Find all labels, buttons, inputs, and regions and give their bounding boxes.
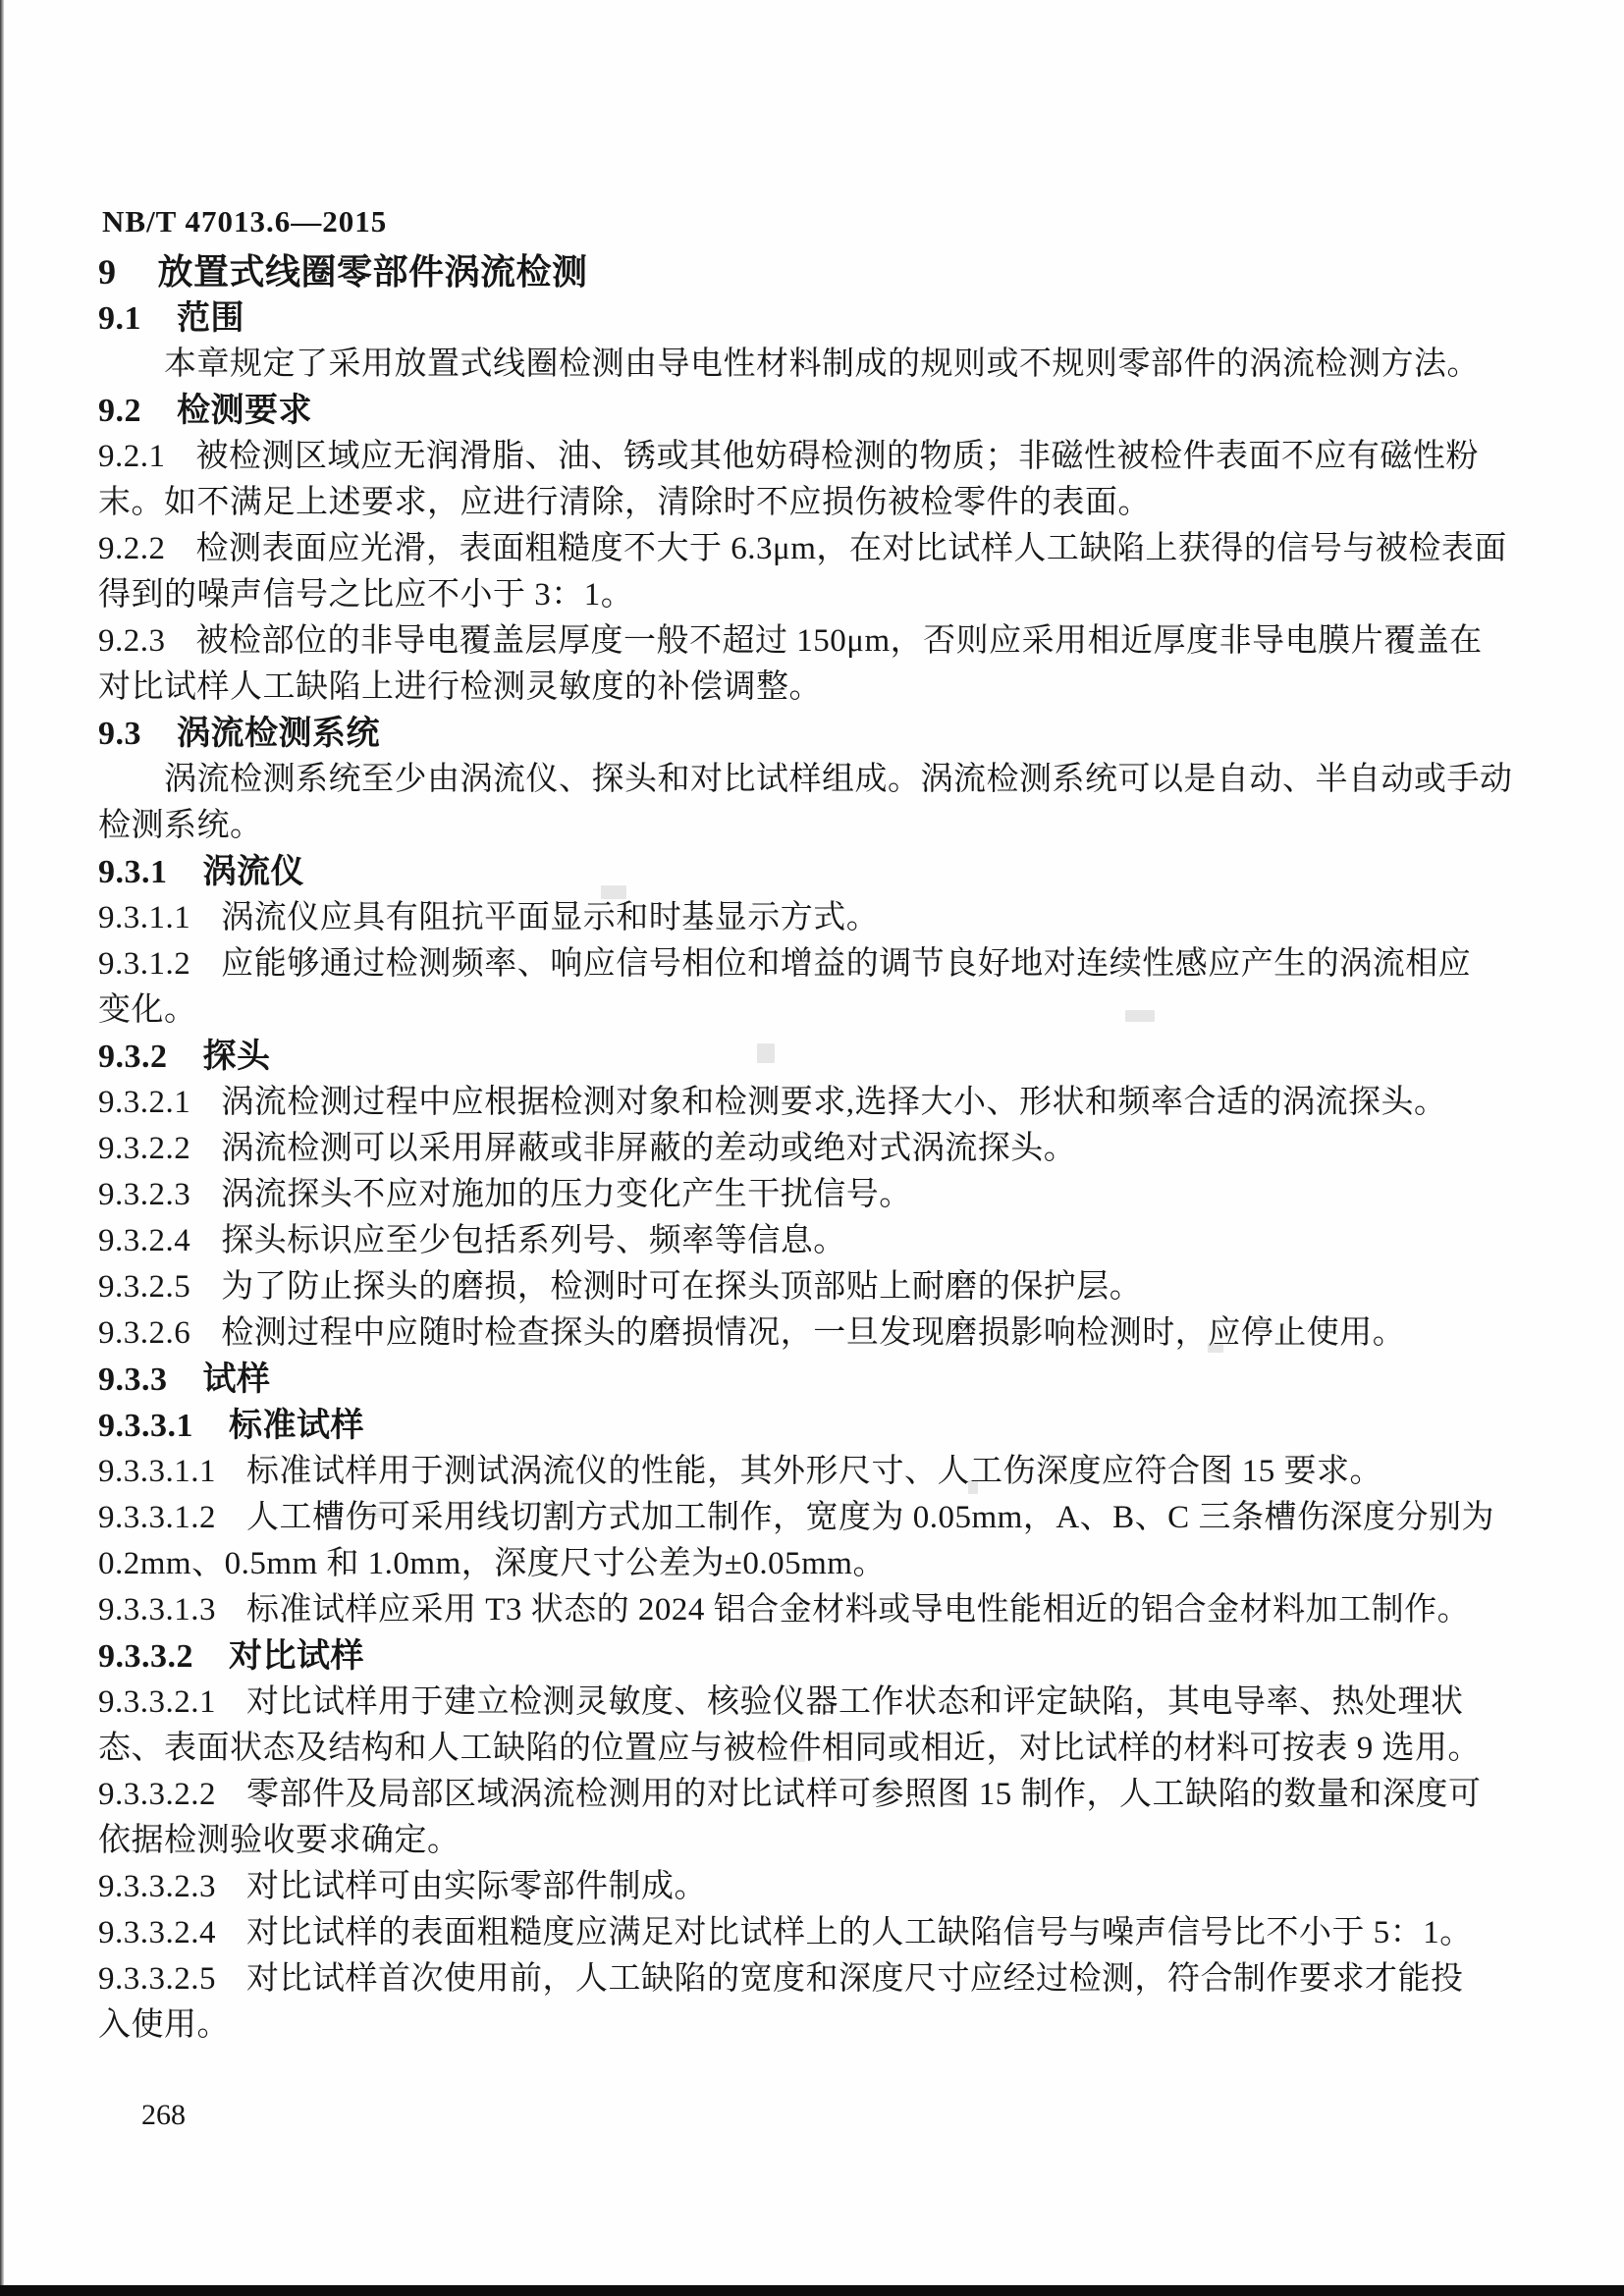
clause-number: 9.3.1.1: [98, 895, 190, 941]
text-line: 9.3.3.1.2人工槽伤可采用线切割方式加工制作，宽度为 0.05mm，A、B…: [98, 1495, 1542, 1541]
line-text: 标准试样: [229, 1408, 364, 1444]
line-text: 标准试样应采用 T3 状态的 2024 铝合金材料或导电性能相近的铝合金材料加工…: [246, 1592, 1470, 1628]
line-text: 涡流仪应具有阻抗平面显示和时基显示方式。: [221, 900, 879, 935]
text-line: 得到的噪声信号之比应不小于 3：1。: [98, 572, 1542, 618]
line-text: 范围: [177, 300, 244, 337]
clause-number: 9.3.1.2: [98, 941, 190, 988]
line-text: 零部件及局部区域涡流检测用的对比试样可参照图 15 制作，人工缺陷的数量和深度可: [246, 1777, 1482, 1812]
line-text: 对比试样: [229, 1638, 364, 1675]
clause-number: 9.3.3.2.5: [98, 1956, 216, 2002]
text-line: 态、表面状态及结构和人工缺陷的位置应与被检件相同或相近，对比试样的材料可按表 9…: [98, 1726, 1542, 1772]
text-line: 9.3.3.1.1标准试样用于测试涡流仪的性能，其外形尺寸、人工伤深度应符合图 …: [98, 1449, 1542, 1495]
text-line: 9.3.1.2应能够通过检测频率、响应信号相位和增益的调节良好地对连续性感应产生…: [98, 941, 1542, 988]
line-text: 态、表面状态及结构和人工缺陷的位置应与被检件相同或相近，对比试样的材料可按表 9…: [98, 1731, 1481, 1766]
line-text: 对比试样用于建立检测灵敏度、核验仪器工作状态和评定缺陷，其电导率、热处理状: [246, 1684, 1464, 1720]
line-text: 依据检测验收要求确定。: [98, 1823, 460, 1858]
document-content: 9放置式线圈零部件涡流检测9.1范围本章规定了采用放置式线圈检测由导电性材料制成…: [98, 249, 1542, 2049]
line-text: 放置式线圈零部件涡流检测: [158, 252, 588, 292]
line-text: 涡流探头不应对施加的压力变化产生干扰信号。: [221, 1177, 912, 1212]
clause-number: 9.2.1: [98, 434, 166, 480]
page-number: 268: [141, 2099, 186, 2132]
section-heading: 9.3.2探头: [98, 1034, 1542, 1080]
text-line: 检测系统。: [98, 803, 1542, 849]
line-text: 为了防止探头的磨损，检测时可在探头顶部贴上耐磨的保护层。: [221, 1269, 1142, 1305]
text-line: 9.2.2检测表面应光滑，表面粗糙度不大于 6.3μm，在对比试样人工缺陷上获得…: [98, 526, 1542, 572]
line-text: 涡流检测过程中应根据检测对象和检测要求,选择大小、形状和频率合适的涡流探头。: [221, 1085, 1446, 1120]
section-heading: 9.2检测要求: [98, 388, 1542, 434]
clause-number: 9.3.2.2: [98, 1126, 190, 1172]
clause-number: 9.2.2: [98, 526, 166, 572]
clause-number: 9.3.3.2: [98, 1633, 193, 1680]
clause-number: 9.3.3.1.2: [98, 1495, 216, 1541]
clause-number: 9.3.3.2.4: [98, 1910, 216, 1956]
document-page: NB/T 47013.6—2015 9放置式线圈零部件涡流检测9.1范围本章规定…: [0, 0, 1624, 2296]
text-line: 9.3.2.6检测过程中应随时检查探头的磨损情况，一旦发现磨损影响检测时，应停止…: [98, 1310, 1542, 1357]
line-text: 对比试样首次使用前，人工缺陷的宽度和深度尺寸应经过检测，符合制作要求才能投: [246, 1961, 1464, 1997]
text-line: 9.3.3.2.2零部件及局部区域涡流检测用的对比试样可参照图 15 制作，人工…: [98, 1772, 1542, 1818]
text-line: 9.3.2.4探头标识应至少包括系列号、频率等信息。: [98, 1218, 1542, 1264]
section-heading: 9.3涡流检测系统: [98, 711, 1542, 757]
clause-number: 9.3.3.1: [98, 1403, 193, 1449]
section-heading: 9.3.3.1标准试样: [98, 1403, 1542, 1449]
line-text: 检测表面应光滑，表面粗糙度不大于 6.3μm，在对比试样人工缺陷上获得的信号与被…: [196, 531, 1507, 566]
text-line: 9.2.1被检测区域应无润滑脂、油、锈或其他妨碍检测的物质；非磁性被检件表面不应…: [98, 434, 1542, 480]
line-text: 检测要求: [177, 393, 312, 429]
clause-number: 9.3.3.2.3: [98, 1864, 216, 1910]
line-text: 涡流检测系统至少由涡流仪、探头和对比试样组成。涡流检测系统可以是自动、半自动或手…: [164, 762, 1513, 797]
text-line: 对比试样人工缺陷上进行检测灵敏度的补偿调整。: [98, 665, 1542, 711]
line-text: 本章规定了采用放置式线圈检测由导电性材料制成的规则或不规则零部件的涡流检测方法。: [164, 347, 1480, 382]
section-heading: 9.3.3试样: [98, 1357, 1542, 1403]
line-text: 应能够通过检测频率、响应信号相位和增益的调节良好地对连续性感应产生的涡流相应: [221, 946, 1471, 982]
section-heading: 9.1范围: [98, 295, 1542, 342]
text-line: 9.3.3.2.1对比试样用于建立检测灵敏度、核验仪器工作状态和评定缺陷，其电导…: [98, 1680, 1542, 1726]
chapter-heading: 9放置式线圈零部件涡流检测: [98, 249, 1542, 295]
clause-number: 9.3.3.1.1: [98, 1449, 216, 1495]
line-text: 得到的噪声信号之比应不小于 3：1。: [98, 577, 633, 613]
clause-number: 9.1: [98, 295, 141, 342]
section-heading: 9.3.3.2对比试样: [98, 1633, 1542, 1680]
scan-edge-left: [0, 0, 4, 2296]
text-line: 9.3.2.5为了防止探头的磨损，检测时可在探头顶部贴上耐磨的保护层。: [98, 1264, 1542, 1310]
clause-number: 9.3: [98, 711, 141, 757]
line-text: 0.2mm、0.5mm 和 1.0mm，深度尺寸公差为±0.05mm。: [98, 1546, 886, 1581]
line-text: 末。如不满足上述要求，应进行清除，清除时不应损伤被检零件的表面。: [98, 485, 1151, 520]
line-text: 试样: [203, 1362, 271, 1398]
clause-number: 9.3.3: [98, 1357, 168, 1403]
line-text: 被检部位的非导电覆盖层厚度一般不超过 150μm，否则应采用相近厚度非导电膜片覆…: [196, 623, 1483, 659]
line-text: 对比试样的表面粗糙度应满足对比试样上的人工缺陷信号与噪声信号比不小于 5：1。: [246, 1915, 1473, 1950]
clause-number: 9.3.2.3: [98, 1172, 190, 1218]
line-text: 入使用。: [98, 2007, 230, 2043]
clause-number: 9: [98, 249, 117, 295]
line-text: 对比试样可由实际零部件制成。: [246, 1869, 707, 1904]
text-line: 9.2.3被检部位的非导电覆盖层厚度一般不超过 150μm，否则应采用相近厚度非…: [98, 618, 1542, 665]
section-heading: 9.3.1涡流仪: [98, 849, 1542, 895]
line-text: 对比试样人工缺陷上进行检测灵敏度的补偿调整。: [98, 669, 822, 705]
clause-number: 9.3.2: [98, 1034, 168, 1080]
clause-number: 9.3.1: [98, 849, 168, 895]
line-text: 标准试样用于测试涡流仪的性能，其外形尺寸、人工伤深度应符合图 15 要求。: [246, 1454, 1382, 1489]
text-line: 变化。: [98, 988, 1542, 1034]
clause-number: 9.3.3.2.2: [98, 1772, 216, 1818]
clause-number: 9.3.2.4: [98, 1218, 190, 1264]
scan-edge-bottom: [0, 2285, 1624, 2296]
text-line: 9.3.3.2.5对比试样首次使用前，人工缺陷的宽度和深度尺寸应经过检测，符合制…: [98, 1956, 1542, 2002]
text-line: 涡流检测系统至少由涡流仪、探头和对比试样组成。涡流检测系统可以是自动、半自动或手…: [98, 757, 1542, 803]
clause-number: 9.3.2.6: [98, 1310, 190, 1357]
text-line: 9.3.3.2.3对比试样可由实际零部件制成。: [98, 1864, 1542, 1910]
clause-number: 9.3.3.2.1: [98, 1680, 216, 1726]
text-line: 9.3.3.1.3标准试样应采用 T3 状态的 2024 铝合金材料或导电性能相…: [98, 1587, 1542, 1633]
line-text: 变化。: [98, 992, 197, 1028]
text-line: 9.3.2.3涡流探头不应对施加的压力变化产生干扰信号。: [98, 1172, 1542, 1218]
clause-number: 9.2: [98, 388, 141, 434]
text-line: 0.2mm、0.5mm 和 1.0mm，深度尺寸公差为±0.05mm。: [98, 1541, 1542, 1587]
line-text: 检测系统。: [98, 808, 263, 843]
line-text: 被检测区域应无润滑脂、油、锈或其他妨碍检测的物质；非磁性被检件表面不应有磁性粉: [196, 439, 1480, 474]
line-text: 探头标识应至少包括系列号、频率等信息。: [221, 1223, 846, 1258]
clause-number: 9.3.3.1.3: [98, 1587, 216, 1633]
text-line: 9.3.2.2涡流检测可以采用屏蔽或非屏蔽的差动或绝对式涡流探头。: [98, 1126, 1542, 1172]
line-text: 涡流检测系统: [177, 716, 380, 752]
line-text: 检测过程中应随时检查探头的磨损情况，一旦发现磨损影响检测时，应停止使用。: [221, 1315, 1405, 1351]
text-line: 本章规定了采用放置式线圈检测由导电性材料制成的规则或不规则零部件的涡流检测方法。: [98, 342, 1542, 388]
text-line: 末。如不满足上述要求，应进行清除，清除时不应损伤被检零件的表面。: [98, 480, 1542, 526]
line-text: 涡流仪: [203, 854, 305, 890]
clause-number: 9.2.3: [98, 618, 166, 665]
line-text: 涡流检测可以采用屏蔽或非屏蔽的差动或绝对式涡流探头。: [221, 1131, 1076, 1166]
clause-number: 9.3.2.5: [98, 1264, 190, 1310]
text-line: 9.3.3.2.4对比试样的表面粗糙度应满足对比试样上的人工缺陷信号与噪声信号比…: [98, 1910, 1542, 1956]
clause-number: 9.3.2.1: [98, 1080, 190, 1126]
text-line: 入使用。: [98, 2002, 1542, 2049]
standard-number: NB/T 47013.6—2015: [102, 204, 387, 240]
line-text: 探头: [203, 1039, 271, 1075]
line-text: 人工槽伤可采用线切割方式加工制作，宽度为 0.05mm，A、B、C 三条槽伤深度…: [246, 1500, 1494, 1535]
text-line: 9.3.1.1涡流仪应具有阻抗平面显示和时基显示方式。: [98, 895, 1542, 941]
text-line: 依据检测验收要求确定。: [98, 1818, 1542, 1864]
text-line: 9.3.2.1涡流检测过程中应根据检测对象和检测要求,选择大小、形状和频率合适的…: [98, 1080, 1542, 1126]
